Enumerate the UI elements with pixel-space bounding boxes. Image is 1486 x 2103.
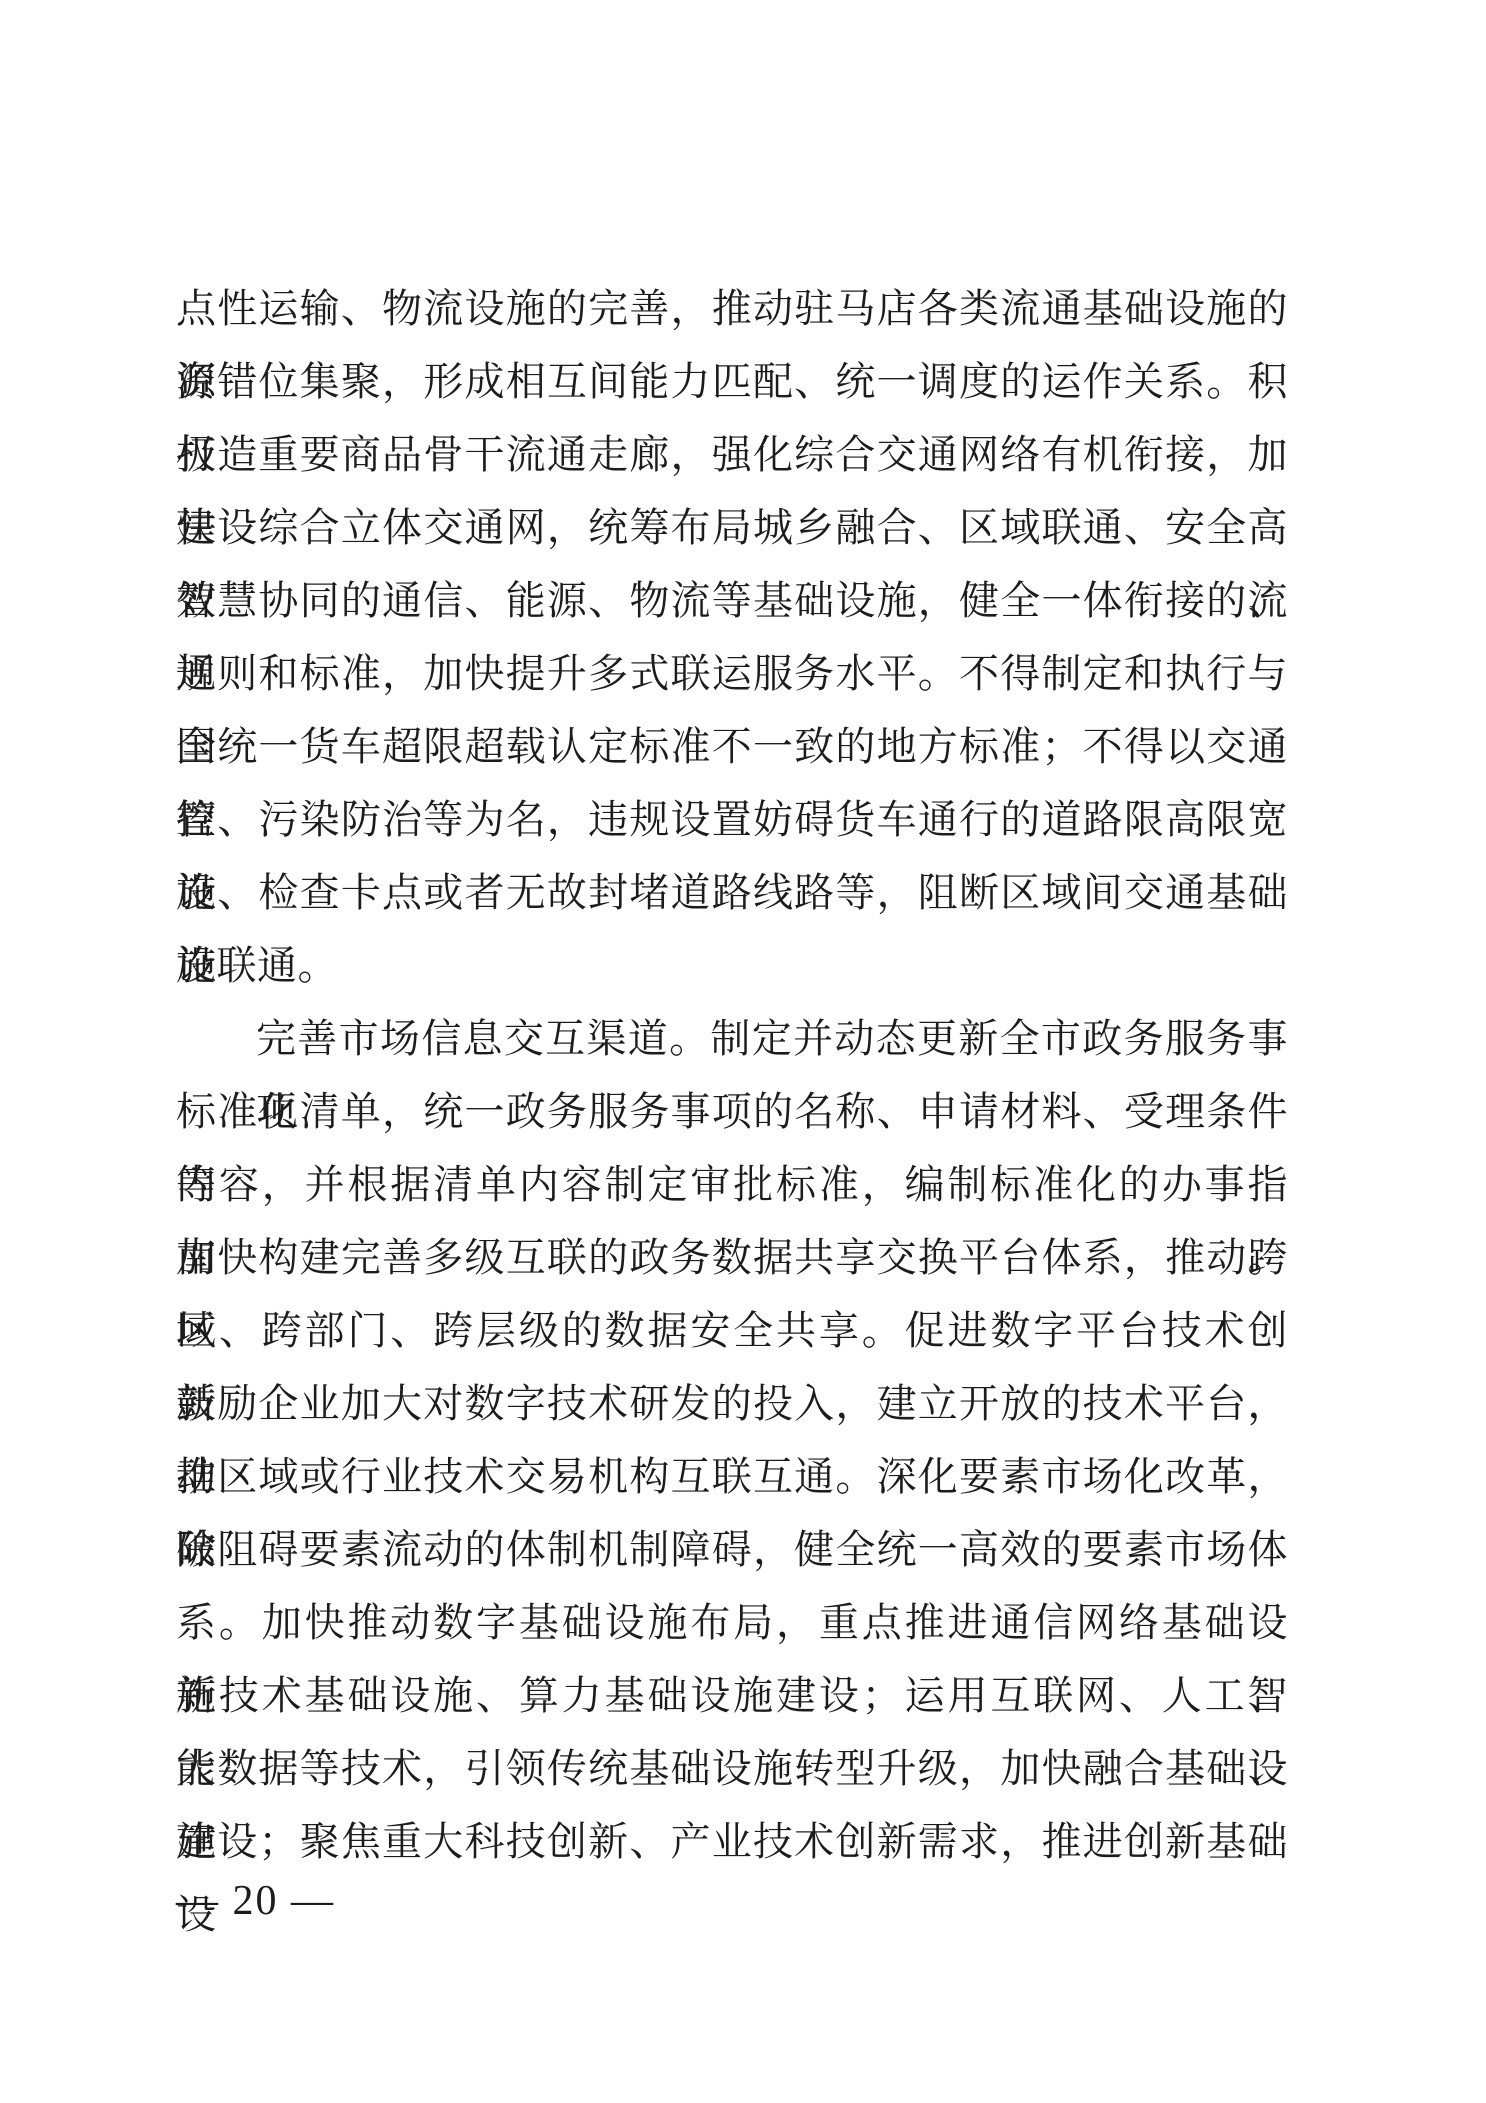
body-text: 点性运输、物流设施的完善，推动驻马店各类流通基础设施的资 源错位集聚，形成相互间… — [176, 272, 1288, 1878]
text-line: 源错位集聚，形成相互间能力匹配、统一调度的运作关系。积极 — [176, 345, 1288, 418]
text-line: 加快构建完善多级互联的政务数据共享交换平台体系，推动跨区 — [176, 1221, 1288, 1294]
text-line: 标准化清单，统一政务服务事项的名称、申请材料、受理条件等 — [176, 1075, 1288, 1148]
document-page: 点性运输、物流设施的完善，推动驻马店各类流通基础设施的资 源错位集聚，形成相互间… — [0, 0, 1486, 2103]
text-line: 施、检查卡点或者无故封堵道路线路等，阻断区域间交通基础设 — [176, 856, 1288, 929]
text-line: 国统一货车超限超载认定标准不一致的地方标准；不得以交通管 — [176, 710, 1288, 783]
text-line-paragraph-start: 完善市场信息交互渠道。制定并动态更新全市政务服务事项 — [176, 1002, 1288, 1075]
text-line: 域、跨部门、跨层级的数据安全共享。促进数字平台技术创新， — [176, 1294, 1288, 1367]
text-line: 建设；聚焦重大科技创新、产业技术创新需求，推进创新基础设 — [176, 1805, 1288, 1878]
text-line: 大数据等技术，引领传统基础设施转型升级，加快融合基础设施 — [176, 1732, 1288, 1805]
text-line: 建设综合立体交通网，统筹布局城乡融合、区域联通、安全高效、 — [176, 491, 1288, 564]
text-line: 规则和标准，加快提升多式联运服务水平。不得制定和执行与全 — [176, 637, 1288, 710]
text-line: 控、污染防治等为名，违规设置妨碍货车通行的道路限高限宽设 — [176, 783, 1288, 856]
text-line: 动区域或行业技术交易机构互联互通。深化要素市场化改革，破 — [176, 1440, 1288, 1513]
text-line: 除阻碍要素流动的体制机制障碍，健全统一高效的要素市场体 — [176, 1513, 1288, 1586]
text-line-paragraph-end: 施联通。 — [176, 929, 1288, 1002]
text-line: 系。加快推动数字基础设施布局，重点推进通信网络基础设施、 — [176, 1586, 1288, 1659]
text-line: 打造重要商品骨干流通走廊，强化综合交通网络有机衔接，加快 — [176, 418, 1288, 491]
text-line: 鼓励企业加大对数字技术研发的投入，建立开放的技术平台，推 — [176, 1367, 1288, 1440]
text-line: 点性运输、物流设施的完善，推动驻马店各类流通基础设施的资 — [176, 272, 1288, 345]
page-number-footer: — 20 — — [176, 1878, 335, 1924]
text-line: 内容，并根据清单内容制定审批标准，编制标准化的办事指南。 — [176, 1148, 1288, 1221]
text-line: 智慧协同的通信、能源、物流等基础设施，健全一体衔接的流通 — [176, 564, 1288, 637]
text-line: 新技术基础设施、算力基础设施建设；运用互联网、人工智能、 — [176, 1659, 1288, 1732]
